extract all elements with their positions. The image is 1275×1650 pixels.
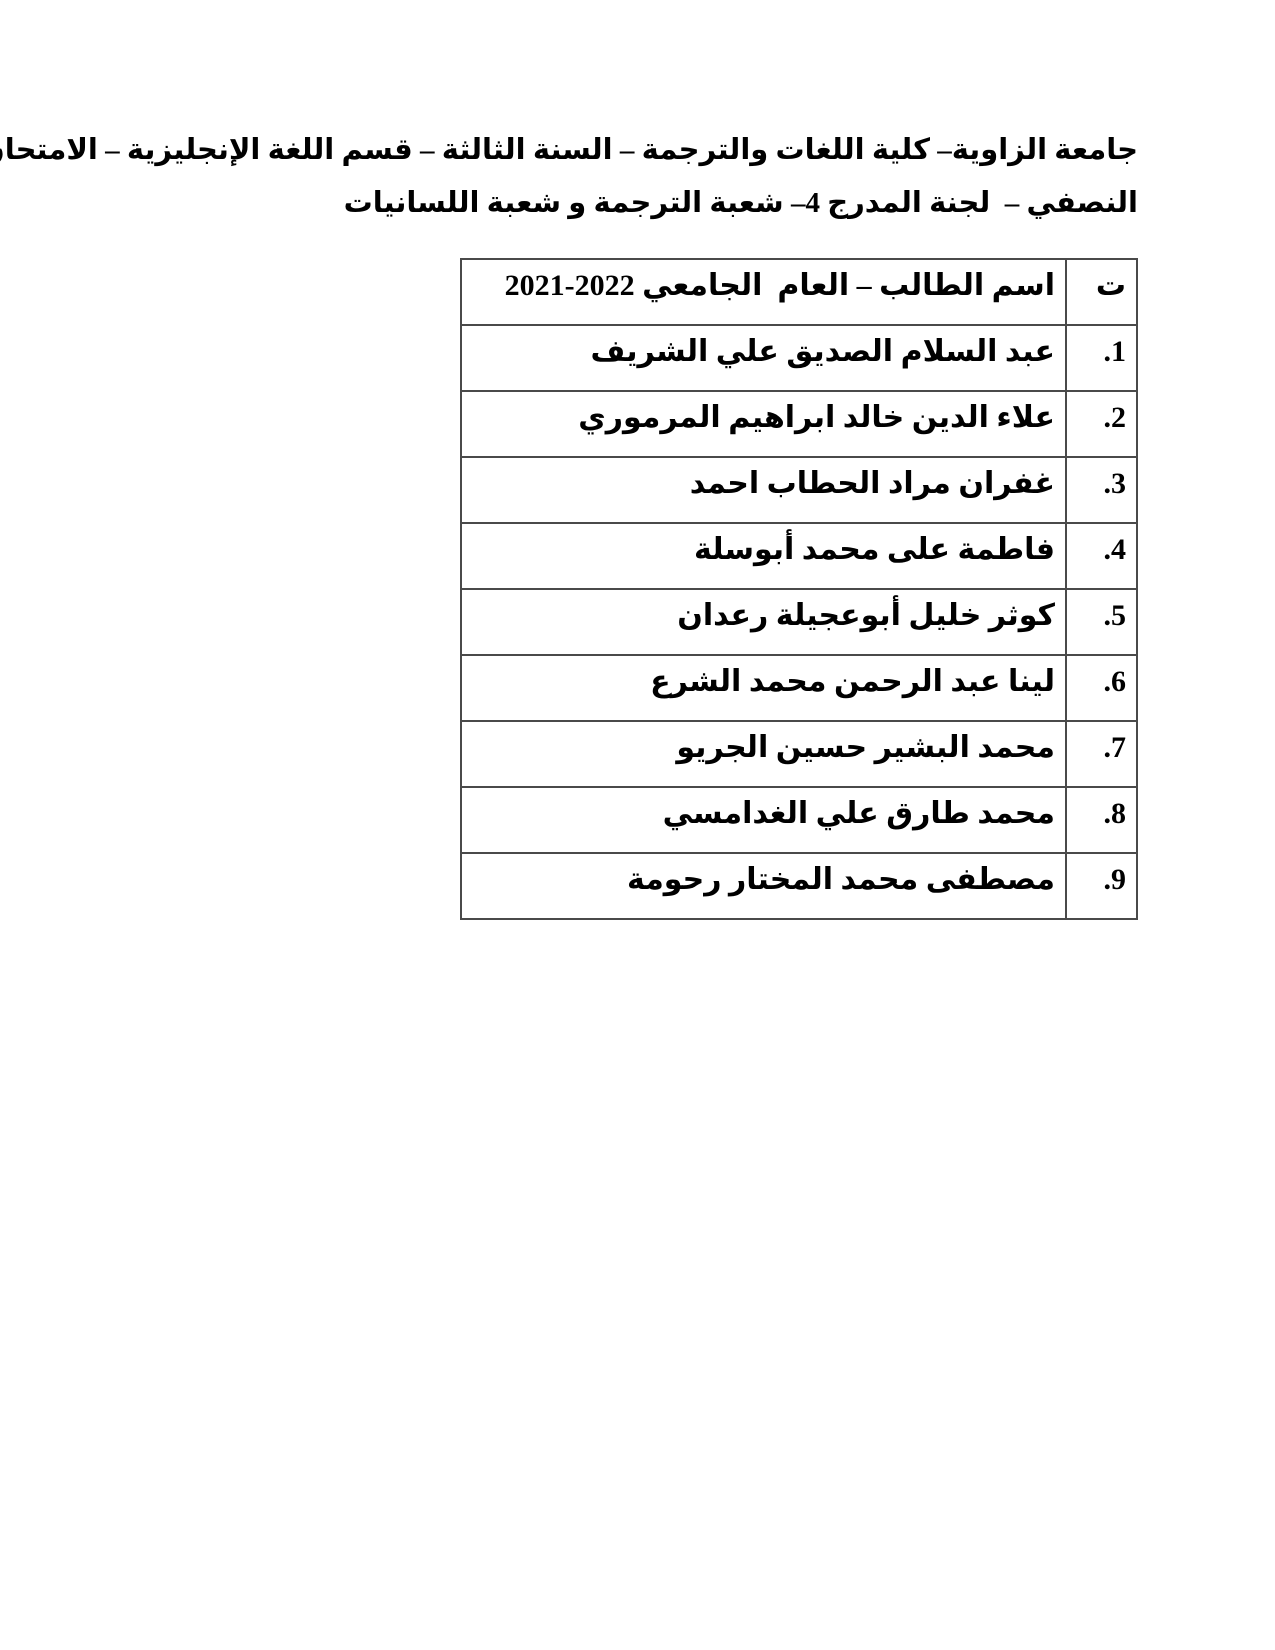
student-name: غفران مراد الحطاب احمد	[461, 457, 1066, 523]
row-index: 9.	[1066, 853, 1137, 919]
student-name: عبد السلام الصديق علي الشريف	[461, 325, 1066, 391]
row-index: 6.	[1066, 655, 1137, 721]
student-name: علاء الدين خالد ابراهيم المرموري	[461, 391, 1066, 457]
document-page: جامعة الزاوية– كلية اللغات والترجمة – ال…	[0, 0, 1275, 1650]
index-column-header: ت	[1066, 259, 1137, 325]
header-line-1: جامعة الزاوية– كلية اللغات والترجمة – ال…	[137, 124, 1138, 177]
student-row: 2. علاء الدين خالد ابراهيم المرموري	[461, 391, 1137, 457]
student-name: مصطفى محمد المختار رحومة	[461, 853, 1066, 919]
student-name: لينا عبد الرحمن محمد الشرع	[461, 655, 1066, 721]
student-name: فاطمة على محمد أبوسلة	[461, 523, 1066, 589]
table-header-row: ت اسم الطالب – العام الجامعي 2022-2021	[461, 259, 1137, 325]
student-row: 4. فاطمة على محمد أبوسلة	[461, 523, 1137, 589]
row-index: 5.	[1066, 589, 1137, 655]
header-line-2: النصفي – لجنة المدرج 4– شعبة الترجمة و ش…	[137, 177, 1138, 230]
student-name: محمد البشير حسين الجريو	[461, 721, 1066, 787]
student-row: 8. محمد طارق علي الغدامسي	[461, 787, 1137, 853]
row-index: 7.	[1066, 721, 1137, 787]
student-name: كوثر خليل أبوعجيلة رعدان	[461, 589, 1066, 655]
row-index: 3.	[1066, 457, 1137, 523]
student-row: 9. مصطفى محمد المختار رحومة	[461, 853, 1137, 919]
student-row: 5. كوثر خليل أبوعجيلة رعدان	[461, 589, 1137, 655]
students-table: ت اسم الطالب – العام الجامعي 2022-2021 1…	[460, 258, 1138, 920]
student-row: 7. محمد البشير حسين الجريو	[461, 721, 1137, 787]
student-name: محمد طارق علي الغدامسي	[461, 787, 1066, 853]
name-column-header: اسم الطالب – العام الجامعي 2022-2021	[461, 259, 1066, 325]
student-row: 3. غفران مراد الحطاب احمد	[461, 457, 1137, 523]
row-index: 1.	[1066, 325, 1137, 391]
student-row: 1. عبد السلام الصديق علي الشريف	[461, 325, 1137, 391]
row-index: 2.	[1066, 391, 1137, 457]
row-index: 8.	[1066, 787, 1137, 853]
row-index: 4.	[1066, 523, 1137, 589]
student-row: 6. لينا عبد الرحمن محمد الشرع	[461, 655, 1137, 721]
document-header: جامعة الزاوية– كلية اللغات والترجمة – ال…	[137, 124, 1138, 230]
